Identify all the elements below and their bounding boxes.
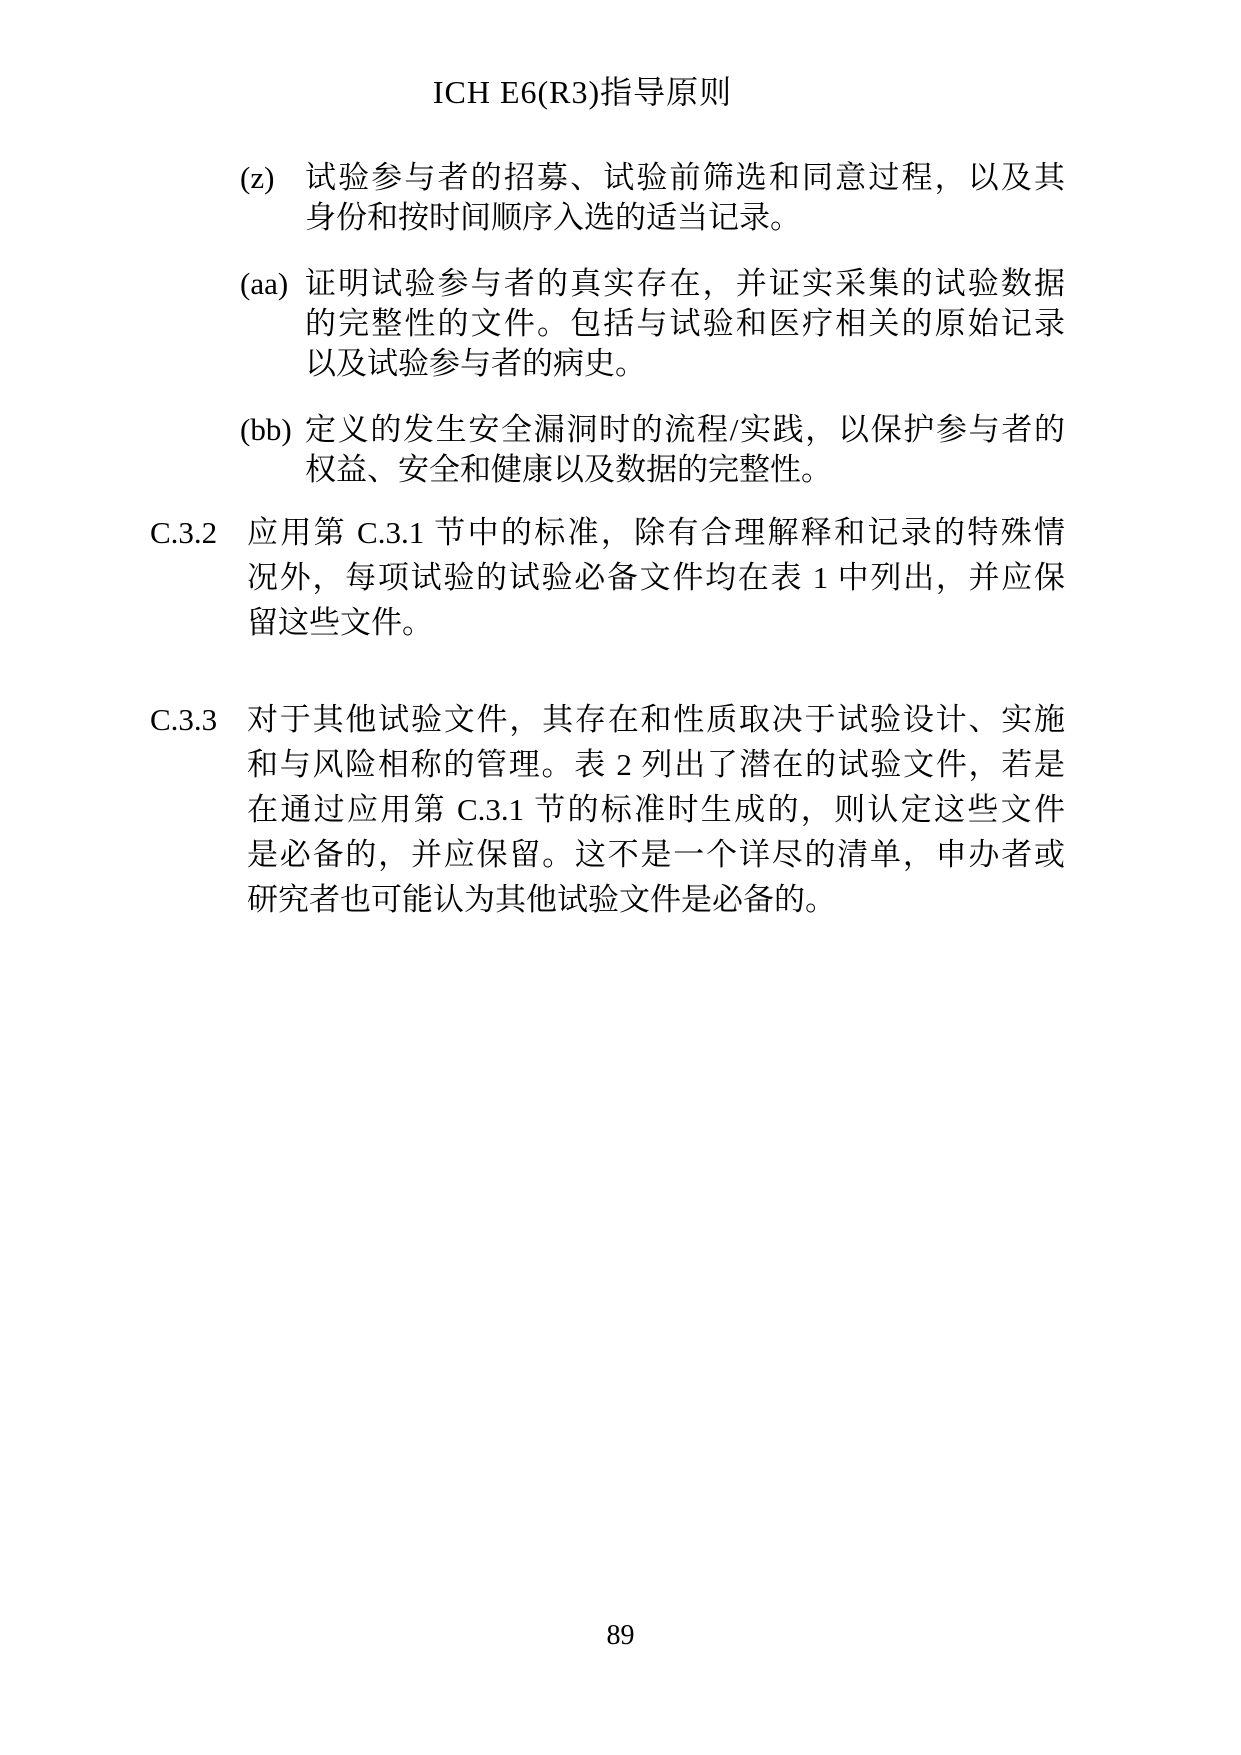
list-item-bb: (bb) 定义的发生安全漏洞时的流程/实践，以保护参与者的 权益、安全和健康以及… (240, 410, 1065, 490)
text-line: 身份和按时间顺序入选的适当记录。 (305, 198, 1065, 238)
document-page: ICH E6(R3)指导原则 (z) 试验参与者的招募、试验前筛选和同意过程，以… (0, 0, 1241, 1755)
section-text: 对于其他试验文件，其存在和性质取决于试验设计、实施 和与风险相称的管理。表 2 … (247, 697, 1065, 922)
text-line: 权益、安全和健康以及数据的完整性。 (305, 450, 1065, 490)
text-line: 证明试验参与者的真实存在，并证实采集的试验数据 (305, 264, 1065, 304)
item-label: (aa) (240, 264, 305, 304)
text-line: 应用第 C.3.1 节中的标准，除有合理解释和记录的特殊情 (247, 510, 1065, 555)
text-line: 以及试验参与者的病史。 (305, 344, 1065, 384)
list-item-z: (z) 试验参与者的招募、试验前筛选和同意过程，以及其 身份和按时间顺序入选的适… (240, 158, 1065, 238)
section-paragraph-c32: C.3.2 应用第 C.3.1 节中的标准，除有合理解释和记录的特殊情 况外，每… (150, 510, 1065, 645)
text-line: 试验参与者的招募、试验前筛选和同意过程，以及其 (305, 158, 1065, 198)
page-header: ICH E6(R3)指导原则 (0, 72, 1241, 112)
text-line: 况外，每项试验的试验必备文件均在表 1 中列出，并应保 (247, 555, 1065, 600)
item-text: 定义的发生安全漏洞时的流程/实践，以保护参与者的 权益、安全和健康以及数据的完整… (305, 410, 1065, 490)
text-line: 对于其他试验文件，其存在和性质取决于试验设计、实施 (247, 697, 1065, 742)
text-line: 定义的发生安全漏洞时的流程/实践，以保护参与者的 (305, 410, 1065, 450)
text-line: 研究者也可能认为其他试验文件是必备的。 (247, 877, 1065, 922)
section-label: C.3.3 (150, 697, 247, 742)
text-line: 是必备的，并应保留。这不是一个详尽的清单，申办者或 (247, 832, 1065, 877)
section-paragraph-c33: C.3.3 对于其他试验文件，其存在和性质取决于试验设计、实施 和与风险相称的管… (150, 697, 1065, 922)
item-label: (z) (240, 158, 305, 198)
text-line: 和与风险相称的管理。表 2 列出了潜在的试验文件，若是 (247, 742, 1065, 787)
text-line: 的完整性的文件。包括与试验和医疗相关的原始记录 (305, 304, 1065, 344)
list-item-aa: (aa) 证明试验参与者的真实存在，并证实采集的试验数据 的完整性的文件。包括与… (240, 264, 1065, 384)
item-text: 证明试验参与者的真实存在，并证实采集的试验数据 的完整性的文件。包括与试验和医疗… (305, 264, 1065, 384)
page-number: 89 (0, 1620, 1241, 1652)
item-text: 试验参与者的招募、试验前筛选和同意过程，以及其 身份和按时间顺序入选的适当记录。 (305, 158, 1065, 238)
item-label: (bb) (240, 410, 305, 450)
section-text: 应用第 C.3.1 节中的标准，除有合理解释和记录的特殊情 况外，每项试验的试验… (247, 510, 1065, 645)
document-body: (z) 试验参与者的招募、试验前筛选和同意过程，以及其 身份和按时间顺序入选的适… (150, 158, 1065, 922)
section-label: C.3.2 (150, 510, 247, 555)
text-line: 在通过应用第 C.3.1 节的标准时生成的，则认定这些文件 (247, 787, 1065, 832)
text-line: 留这些文件。 (247, 600, 1065, 645)
